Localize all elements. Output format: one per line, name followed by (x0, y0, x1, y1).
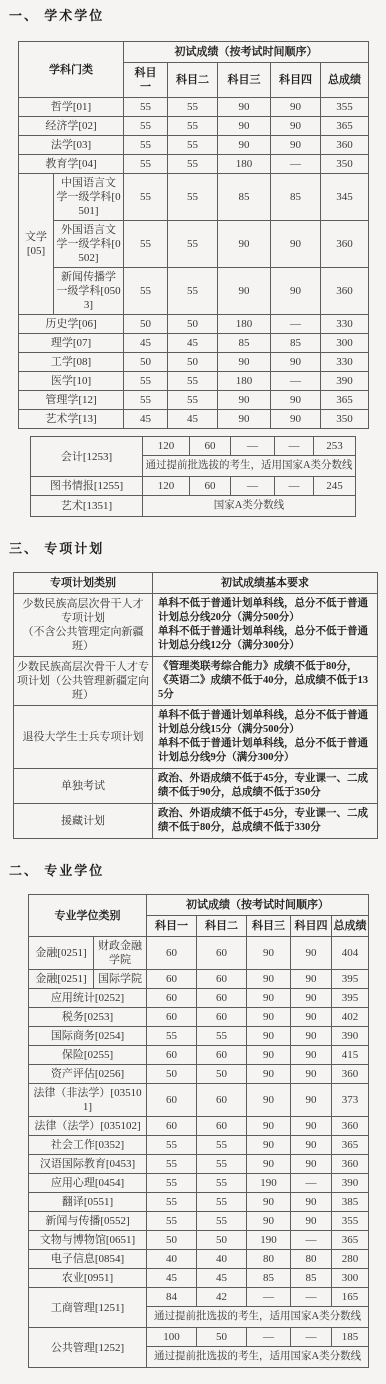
table-row: 国际商务[0254]55559090390 (29, 1027, 369, 1046)
score-cell: 55 (147, 1212, 197, 1231)
row-label: 农业[0951] (29, 1269, 147, 1288)
score-cell: 60 (147, 1046, 197, 1065)
score-cell: 60 (147, 989, 197, 1008)
score-cell: 90 (291, 1136, 332, 1155)
row-label: 应用心理[0454] (29, 1174, 147, 1193)
score-cell: — (275, 437, 314, 456)
row-label: 财政金融学院 (94, 937, 147, 970)
score-cell: 55 (197, 1027, 247, 1046)
row-label: 汉语国际教育[0453] (29, 1155, 147, 1174)
score-cell: 355 (332, 1212, 369, 1231)
score-cell: — (291, 1174, 332, 1193)
score-cell: 45 (147, 1269, 197, 1288)
score-cell: 55 (197, 1212, 247, 1231)
row-label: 援藏计划 (14, 804, 153, 839)
table-row: 新闻传播学一级学科[0503]55559090360 (19, 268, 369, 315)
row-label: 金融[0251] (29, 937, 94, 970)
table-row: 专项计划类别初试成绩基本要求 (14, 573, 378, 594)
column-header: 总成绩 (332, 916, 369, 937)
score-cell: — (271, 155, 321, 174)
score-cell: 360 (332, 1117, 369, 1136)
score-cell: 42 (197, 1288, 247, 1307)
section-special-plans: 三、 专项计划 专项计划类别初试成绩基本要求少数民族高层次骨干人才 专项计划 （… (0, 541, 386, 839)
score-cell: 55 (168, 221, 218, 268)
score-cell: 50 (168, 315, 218, 334)
table-row: 文学 [05]中国语言文学一级学科[0501]55558585345 (19, 174, 369, 221)
score-cell: 55 (147, 1136, 197, 1155)
row-label: 管理学[12] (19, 391, 124, 410)
score-cell: 120 (143, 477, 190, 496)
score-cell: 300 (332, 1269, 369, 1288)
score-cell: 85 (247, 1269, 291, 1288)
table-row: 公共管理[1252]10050——185 (29, 1328, 369, 1347)
academic-management-programs-table: 会计[1253]12060——253通过提前批选拔的考生，适用国家A类分数线图书… (30, 436, 356, 517)
column-header: 科目 一 (124, 63, 168, 98)
table-row: 工学[08]50509090330 (19, 353, 369, 372)
score-cell: 50 (147, 1065, 197, 1084)
score-cell: 90 (218, 98, 271, 117)
score-cell: 60 (190, 437, 231, 456)
table-row: 应用统计[0252]60609090395 (29, 989, 369, 1008)
score-cell: 90 (247, 1084, 291, 1117)
column-header: 初试成绩（按考试时间顺序） (147, 895, 369, 916)
section-heading: 一、 学术学位 (9, 8, 386, 24)
score-cell: 60 (147, 970, 197, 989)
score-cell: 120 (143, 437, 190, 456)
requirement-cell: 单科不低于普通计划单科线，总分不低于普通计划总分线15分（满分500分） 单科不… (153, 706, 378, 769)
score-cell: 55 (197, 1174, 247, 1193)
section-professional-degrees: 二、 专业学位 专业学位类别初试成绩（按考试时间顺序）科目一科目二科目三科目四总… (0, 863, 386, 1368)
score-cell: 90 (291, 1046, 332, 1065)
table-row: 专业学位类别初试成绩（按考试时间顺序） (29, 895, 369, 916)
score-cell: 50 (147, 1231, 197, 1250)
table-row: 艺术学[13]45459090350 (19, 410, 369, 429)
score-cell: 60 (197, 1008, 247, 1027)
score-cell: 60 (197, 1084, 247, 1117)
row-label: 社会工作[0352] (29, 1136, 147, 1155)
column-header: 科目四 (291, 916, 332, 937)
score-cell: 45 (168, 410, 218, 429)
row-label: 新闻与传播[0552] (29, 1212, 147, 1231)
row-label: 中国语言文学一级学科[0501] (54, 174, 124, 221)
score-cell: 50 (197, 1328, 247, 1347)
score-cell: 90 (247, 1065, 291, 1084)
score-cell: 165 (332, 1288, 369, 1307)
table-row: 退役大学生士兵专项计划单科不低于普通计划单科线，总分不低于普通计划总分线15分（… (14, 706, 378, 769)
score-cell: 60 (197, 989, 247, 1008)
score-cell: 90 (291, 1193, 332, 1212)
row-label: 经济学[02] (19, 117, 124, 136)
column-header: 科目二 (197, 916, 247, 937)
score-cell: 50 (124, 353, 168, 372)
column-header: 总成绩 (321, 63, 369, 98)
row-label: 法学[03] (19, 136, 124, 155)
score-cell: 60 (147, 937, 197, 970)
score-cell: 55 (197, 1193, 247, 1212)
score-cell: 90 (247, 1027, 291, 1046)
special-plan-requirements-table: 专项计划类别初试成绩基本要求少数民族高层次骨干人才 专项计划 （不含公共管理定向… (13, 572, 378, 839)
score-cell: 90 (271, 410, 321, 429)
score-cell: 50 (197, 1065, 247, 1084)
note-cell: 通过提前批选拔的考生，适用国家A类分数线 (147, 1347, 369, 1368)
score-cell: 90 (291, 1027, 332, 1046)
score-cell: 55 (124, 174, 168, 221)
score-cell: 90 (291, 1117, 332, 1136)
score-cell: 385 (332, 1193, 369, 1212)
score-cell: 330 (321, 315, 369, 334)
score-cell: 365 (321, 117, 369, 136)
score-cell: 253 (314, 437, 356, 456)
score-cell: 90 (247, 1212, 291, 1231)
row-label: 工学[08] (19, 353, 124, 372)
score-cell: — (231, 437, 275, 456)
score-cell: 360 (321, 268, 369, 315)
score-cell: 360 (332, 1155, 369, 1174)
row-label: 税务[0253] (29, 1008, 147, 1027)
row-label: 资产评估[0256] (29, 1065, 147, 1084)
table-row: 医学[10]5555180—390 (19, 372, 369, 391)
score-cell: 40 (197, 1250, 247, 1269)
score-cell: 350 (321, 410, 369, 429)
score-cell: 90 (247, 970, 291, 989)
table-row: 理学[07]45458585300 (19, 334, 369, 353)
score-cell: 395 (332, 989, 369, 1008)
score-cell: 45 (124, 410, 168, 429)
row-label: 医学[10] (19, 372, 124, 391)
score-cell: 360 (321, 136, 369, 155)
score-cell: 50 (124, 315, 168, 334)
score-cell: 55 (197, 1136, 247, 1155)
score-cell: 90 (291, 989, 332, 1008)
table-row: 保险[0255]60609090415 (29, 1046, 369, 1065)
score-cell: 55 (124, 136, 168, 155)
section-heading: 三、 专项计划 (9, 541, 386, 557)
table-row: 法律（非法学）[035101]60609090373 (29, 1084, 369, 1117)
row-label: 应用统计[0252] (29, 989, 147, 1008)
score-cell: 180 (218, 372, 271, 391)
score-cell: 50 (197, 1231, 247, 1250)
score-cell: 55 (168, 391, 218, 410)
table-row: 社会工作[0352]55559090365 (29, 1136, 369, 1155)
score-cell: 85 (271, 334, 321, 353)
table-row: 教育学[04]5555180—350 (19, 155, 369, 174)
score-cell: 90 (218, 391, 271, 410)
score-cell: 60 (197, 970, 247, 989)
row-label: 公共管理[1252] (29, 1328, 147, 1368)
score-cell: — (291, 1328, 332, 1347)
score-cell: 90 (247, 1193, 291, 1212)
score-cell: 90 (247, 1155, 291, 1174)
score-cell: 60 (197, 937, 247, 970)
score-cell: 90 (291, 1065, 332, 1084)
score-cell: 60 (147, 1008, 197, 1027)
score-cell: 300 (321, 334, 369, 353)
score-cell: 180 (218, 155, 271, 174)
table-row: 历史学[06]5050180—330 (19, 315, 369, 334)
score-cell: 90 (291, 970, 332, 989)
score-cell: 55 (124, 268, 168, 315)
column-header: 专项计划类别 (14, 573, 153, 594)
score-cell: 185 (332, 1328, 369, 1347)
note-cell: 通过提前批选拔的考生，适用国家A类分数线 (147, 1307, 369, 1328)
score-cell: 55 (124, 117, 168, 136)
special-plan-tables-container: 专项计划类别初试成绩基本要求少数民族高层次骨干人才 专项计划 （不含公共管理定向… (0, 572, 386, 839)
table-row: 金融[0251]财政金融学院60609090404 (29, 937, 369, 970)
table-row: 少数民族高层次骨干人才 专项计划 （不含公共管理定向新疆班）单科不低于普通计划单… (14, 594, 378, 657)
row-label: 会计[1253] (31, 437, 143, 477)
academic-degree-score-table: 学科门类初试成绩（按考试时间顺序）科目 一科目二科目三科目四总成绩哲学[01]5… (18, 41, 369, 429)
score-cell: — (247, 1328, 291, 1347)
note-cell: 国家A类分数线 (143, 496, 356, 517)
table-row: 经济学[02]55559090365 (19, 117, 369, 136)
score-cell: 60 (147, 1084, 197, 1117)
score-cell: 55 (168, 98, 218, 117)
score-cell: 365 (332, 1136, 369, 1155)
score-cell: 55 (147, 1027, 197, 1046)
row-label: 退役大学生士兵专项计划 (14, 706, 153, 769)
score-cell: 55 (124, 155, 168, 174)
professional-tables-container: 专业学位类别初试成绩（按考试时间顺序）科目一科目二科目三科目四总成绩金融[025… (0, 894, 386, 1368)
score-cell: 85 (291, 1269, 332, 1288)
score-cell: 55 (124, 391, 168, 410)
score-cell: 404 (332, 937, 369, 970)
row-label: 翻译[0551] (29, 1193, 147, 1212)
score-cell: 80 (247, 1250, 291, 1269)
score-cell: — (247, 1288, 291, 1307)
score-cell: 40 (147, 1250, 197, 1269)
table-row: 法学[03]55559090360 (19, 136, 369, 155)
score-cell: 90 (291, 1212, 332, 1231)
table-row: 会计[1253]12060——253 (31, 437, 356, 456)
score-cell: 60 (197, 1117, 247, 1136)
score-cell: 90 (247, 1136, 291, 1155)
score-cell: 90 (247, 989, 291, 1008)
score-cell: — (271, 315, 321, 334)
score-cell: — (291, 1288, 332, 1307)
academic-tables-container: 学科门类初试成绩（按考试时间顺序）科目 一科目二科目三科目四总成绩哲学[01]5… (0, 41, 386, 517)
row-label: 单独考试 (14, 769, 153, 804)
score-cell: 395 (332, 970, 369, 989)
score-cell: 60 (147, 1117, 197, 1136)
score-cell: 90 (271, 391, 321, 410)
score-cell: 190 (247, 1231, 291, 1250)
column-header: 科目四 (271, 63, 321, 98)
score-cell: 90 (271, 353, 321, 372)
score-cell: 55 (168, 174, 218, 221)
score-cell: 55 (168, 372, 218, 391)
score-cell: — (271, 372, 321, 391)
score-cell: 390 (332, 1174, 369, 1193)
row-label: 工商管理[1251] (29, 1288, 147, 1328)
score-cell: 90 (291, 1084, 332, 1117)
score-cell: 90 (271, 268, 321, 315)
row-label: 外国语言文学一级学科[0502] (54, 221, 124, 268)
table-row: 农业[0951]45458585300 (29, 1269, 369, 1288)
score-cell: 90 (271, 136, 321, 155)
requirement-cell: 政治、外语成绩不低于45分，专业课一、二成绩不低于80分，总成绩不低于330分 (153, 804, 378, 839)
table-row: 单独考试政治、外语成绩不低于45分，专业课一、二成绩不低于90分，总成绩不低于3… (14, 769, 378, 804)
row-label: 金融[0251] (29, 970, 94, 989)
score-cell: 330 (321, 353, 369, 372)
column-header: 初试成绩基本要求 (153, 573, 378, 594)
score-cell: 45 (124, 334, 168, 353)
requirement-cell: 《管理类联考综合能力》成绩不低于80分，《英语二》成绩不低于40分，总成绩不低于… (153, 657, 378, 706)
row-label: 教育学[04] (19, 155, 124, 174)
score-cell: 45 (168, 334, 218, 353)
score-cell: 90 (291, 1008, 332, 1027)
table-row: 管理学[12]55559090365 (19, 391, 369, 410)
document: 一、 学术学位 学科门类初试成绩（按考试时间顺序）科目 一科目二科目三科目四总成… (0, 0, 386, 1384)
row-label: 哲学[01] (19, 98, 124, 117)
column-header: 专业学位类别 (29, 895, 147, 937)
score-cell: — (291, 1231, 332, 1250)
table-row: 图书情报[1255]12060——245 (31, 477, 356, 496)
table-row: 外国语言文学一级学科[0502]55559090360 (19, 221, 369, 268)
table-row: 电子信息[0854]40408080280 (29, 1250, 369, 1269)
score-cell: 355 (321, 98, 369, 117)
table-row: 工商管理[1251]8442——165 (29, 1288, 369, 1307)
table-row: 应用心理[0454]5555190—390 (29, 1174, 369, 1193)
score-cell: 90 (218, 221, 271, 268)
score-cell: 90 (247, 1046, 291, 1065)
column-header: 科目三 (218, 63, 271, 98)
score-cell: 55 (168, 155, 218, 174)
score-cell: 80 (291, 1250, 332, 1269)
row-label: 电子信息[0854] (29, 1250, 147, 1269)
table-row: 艺术[1351]国家A类分数线 (31, 496, 356, 517)
score-cell: 55 (168, 136, 218, 155)
score-cell: 345 (321, 174, 369, 221)
table-row: 税务[0253]60609090402 (29, 1008, 369, 1027)
score-cell: 84 (147, 1288, 197, 1307)
score-cell: 55 (197, 1155, 247, 1174)
score-cell: 50 (168, 353, 218, 372)
score-cell: 100 (147, 1328, 197, 1347)
score-cell: 373 (332, 1084, 369, 1117)
score-cell: 90 (271, 117, 321, 136)
table-row: 翻译[0551]55559090385 (29, 1193, 369, 1212)
score-cell: 190 (247, 1174, 291, 1193)
row-label: 文学 [05] (19, 174, 54, 315)
table-row: 金融[0251]国际学院60609090395 (29, 970, 369, 989)
score-cell: — (275, 477, 314, 496)
column-header: 学科门类 (19, 42, 124, 98)
score-cell: 85 (218, 174, 271, 221)
table-row: 援藏计划政治、外语成绩不低于45分，专业课一、二成绩不低于80分，总成绩不低于3… (14, 804, 378, 839)
column-header: 初试成绩（按考试时间顺序） (124, 42, 369, 63)
score-cell: 360 (321, 221, 369, 268)
score-cell: — (231, 477, 275, 496)
score-cell: 390 (321, 372, 369, 391)
column-header: 科目二 (168, 63, 218, 98)
score-cell: 90 (218, 410, 271, 429)
professional-degree-score-table: 专业学位类别初试成绩（按考试时间顺序）科目一科目二科目三科目四总成绩金融[025… (28, 894, 369, 1368)
score-cell: 90 (271, 221, 321, 268)
row-label: 艺术学[13] (19, 410, 124, 429)
score-cell: 55 (168, 268, 218, 315)
table-row: 新闻与传播[0552]55559090355 (29, 1212, 369, 1231)
row-label: 理学[07] (19, 334, 124, 353)
column-header: 科目三 (247, 916, 291, 937)
score-cell: 365 (332, 1231, 369, 1250)
score-cell: 60 (197, 1046, 247, 1065)
row-label: 历史学[06] (19, 315, 124, 334)
table-row: 少数民族高层次骨干人才专项计划（公共管理新疆定向班）《管理类联考综合能力》成绩不… (14, 657, 378, 706)
row-label: 国际学院 (94, 970, 147, 989)
row-label: 保险[0255] (29, 1046, 147, 1065)
score-cell: 55 (124, 221, 168, 268)
score-cell: 85 (271, 174, 321, 221)
row-label: 艺术[1351] (31, 496, 143, 517)
score-cell: 415 (332, 1046, 369, 1065)
table-row: 汉语国际教育[0453]55559090360 (29, 1155, 369, 1174)
score-cell: 90 (218, 353, 271, 372)
score-cell: 365 (321, 391, 369, 410)
score-cell: 350 (321, 155, 369, 174)
score-cell: 45 (197, 1269, 247, 1288)
score-cell: 90 (218, 117, 271, 136)
column-header: 科目一 (147, 916, 197, 937)
score-cell: 90 (247, 1008, 291, 1027)
row-label: 图书情报[1255] (31, 477, 143, 496)
table-row: 学科门类初试成绩（按考试时间顺序） (19, 42, 369, 63)
score-cell: 55 (147, 1155, 197, 1174)
row-label: 文物与博物馆[0651] (29, 1231, 147, 1250)
score-cell: 90 (247, 937, 291, 970)
row-label: 法律（法学）[035102] (29, 1117, 147, 1136)
score-cell: 55 (168, 117, 218, 136)
score-cell: 90 (271, 98, 321, 117)
score-cell: 180 (218, 315, 271, 334)
requirement-cell: 政治、外语成绩不低于45分，专业课一、二成绩不低于90分，总成绩不低于350分 (153, 769, 378, 804)
score-cell: 280 (332, 1250, 369, 1269)
row-label: 少数民族高层次骨干人才 专项计划 （不含公共管理定向新疆班） (14, 594, 153, 657)
section-heading: 二、 专业学位 (9, 863, 386, 879)
row-label: 少数民族高层次骨干人才专项计划（公共管理新疆定向班） (14, 657, 153, 706)
score-cell: 402 (332, 1008, 369, 1027)
note-cell: 通过提前批选拔的考生，适用国家A类分数线 (143, 456, 356, 477)
row-label: 国际商务[0254] (29, 1027, 147, 1046)
score-cell: 60 (190, 477, 231, 496)
score-cell: 90 (291, 1155, 332, 1174)
score-cell: 390 (332, 1027, 369, 1046)
row-label: 新闻传播学一级学科[0503] (54, 268, 124, 315)
row-label: 法律（非法学）[035101] (29, 1084, 147, 1117)
requirement-cell: 单科不低于普通计划单科线，总分不低于普通计划总分线20分（满分500分） 单科不… (153, 594, 378, 657)
table-row: 哲学[01]55559090355 (19, 98, 369, 117)
score-cell: 245 (314, 477, 356, 496)
table-row: 文物与博物馆[0651]5050190—365 (29, 1231, 369, 1250)
score-cell: 360 (332, 1065, 369, 1084)
score-cell: 90 (218, 268, 271, 315)
score-cell: 85 (218, 334, 271, 353)
score-cell: 55 (124, 98, 168, 117)
score-cell: 90 (291, 937, 332, 970)
score-cell: 55 (124, 372, 168, 391)
table-row: 资产评估[0256]50509090360 (29, 1065, 369, 1084)
score-cell: 55 (147, 1174, 197, 1193)
score-cell: 90 (218, 136, 271, 155)
score-cell: 90 (247, 1117, 291, 1136)
table-row: 法律（法学）[035102]60609090360 (29, 1117, 369, 1136)
score-cell: 55 (147, 1193, 197, 1212)
section-academic-degrees: 一、 学术学位 学科门类初试成绩（按考试时间顺序）科目 一科目二科目三科目四总成… (0, 8, 386, 517)
